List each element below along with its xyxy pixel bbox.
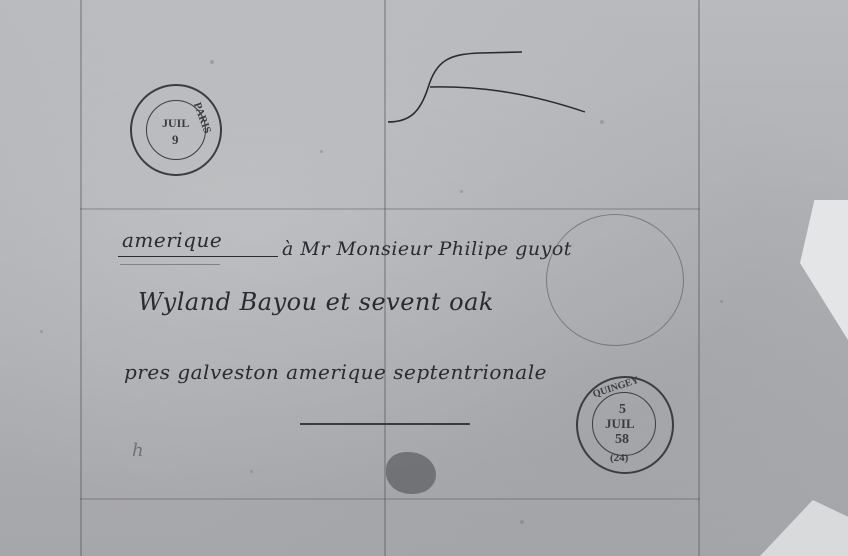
fold-line	[698, 0, 700, 556]
address-country: amerique	[122, 228, 222, 252]
letter-paper: amerique à Mr Monsieur Philipe guyot Wyl…	[0, 0, 848, 556]
ink-blot	[386, 452, 436, 494]
paper-corner	[760, 500, 848, 556]
paris-postmark: PARIS JUIL 9	[130, 84, 222, 176]
faint-postmark	[546, 214, 684, 346]
fold-line	[80, 208, 700, 210]
address-line-2: pres galveston amerique septentrionale	[124, 360, 547, 384]
fold-line	[80, 498, 700, 500]
marginal-note: h	[132, 440, 144, 461]
fold-line	[80, 0, 82, 556]
paper-flap	[800, 200, 848, 340]
address-line-1: Wyland Bayou et sevent oak	[138, 288, 494, 316]
address-recipient: à Mr Monsieur Philipe guyot	[282, 238, 572, 260]
quingey-postmark: QUINGEY 5 JUIL 58 (24)	[576, 376, 674, 474]
pen-flourish	[380, 40, 600, 140]
